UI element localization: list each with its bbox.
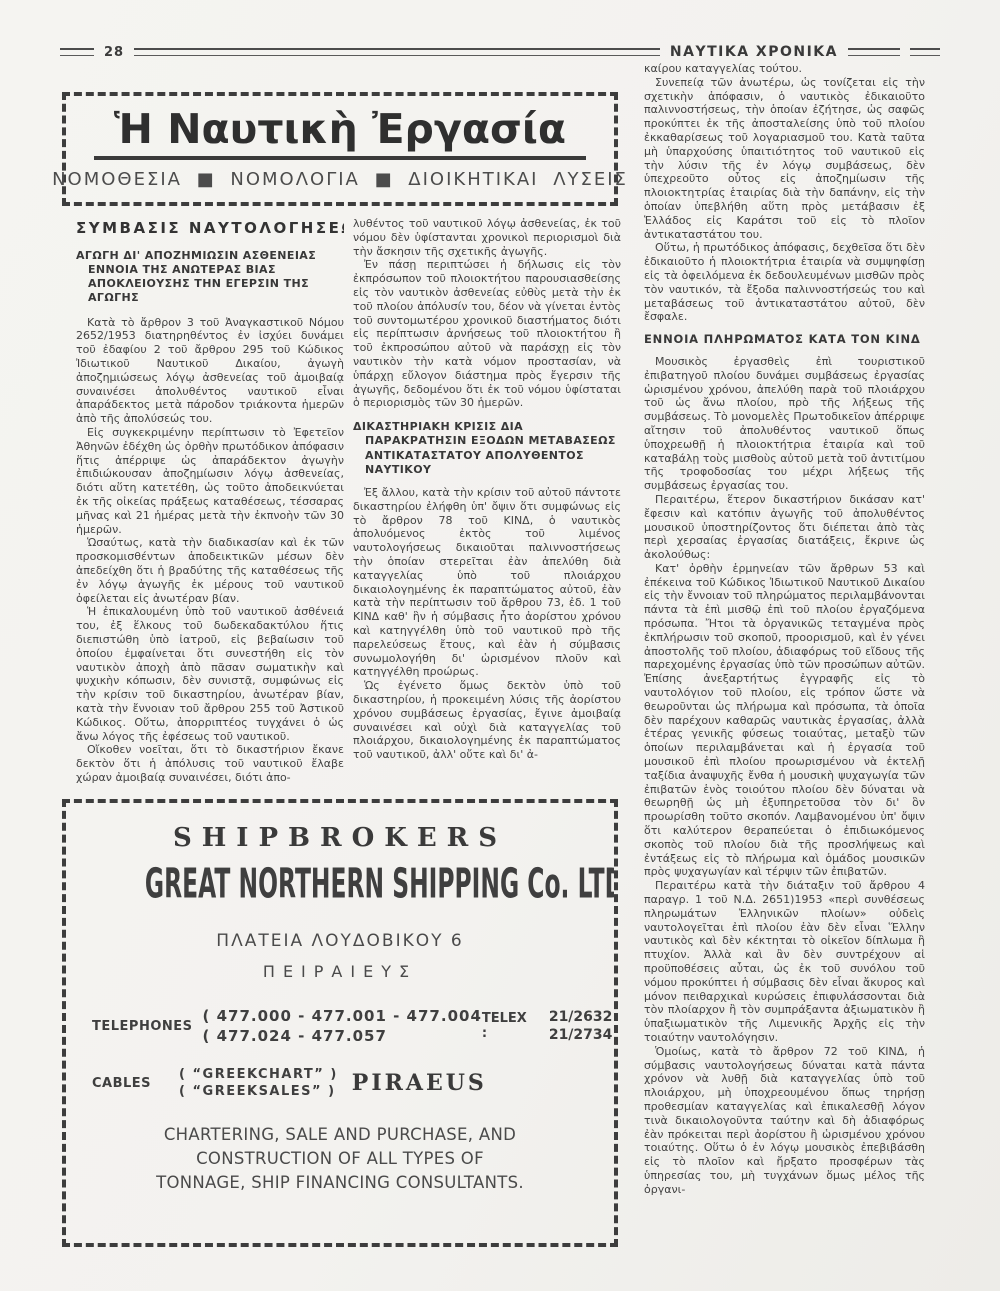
magazine-title: ΝΑΥΤΙΚΑ ΧΡΟΝΙΚΑ (670, 44, 838, 60)
paragraph: Ἐξ ἄλλου, κατὰ τὴν κρίσιν τοῦ αὐτοῦ πάντ… (353, 486, 621, 679)
paragraph: Κατὰ τὸ ἄρθρον 3 τοῦ Ἀναγκαστικοῦ Νόμου … (76, 316, 344, 426)
paragraph: Ἡ ἐπικαλουμένη ὑπὸ τοῦ ναυτικοῦ ἀσθένειά… (76, 605, 344, 743)
shipbrokers-address: ΠΛΑΤΕΙΑ ΛΟΥΔΟΒΙΚΟΥ 6 (66, 931, 614, 951)
shipbrokers-cables-row: CABLES ( “GREEKCHART” ) ( “GREEKSALES” )… (92, 1067, 596, 1099)
header-rule-middle (134, 48, 660, 56)
nautiki-ergasia-tagline: ΝΟΜΟΘΕΣΙΑ ■ ΝΟΜΟΛΟΓΙΑ ■ ΔΙΟΙΚΗΤΙΚΑΙ ΛΥΣΕ… (52, 169, 628, 190)
paragraph: λυθέντος τοῦ ναυτικοῦ λόγῳ ἀσθενείας, ἐκ… (353, 217, 621, 258)
shipbrokers-city-english: PIRAEUS (352, 1070, 487, 1096)
phone-numbers: ( 477.000 - 477.001 - 477.004 ( 477.024 … (203, 1007, 482, 1045)
article-column-1: ΣΥΜΒΑΣΙΣ ΝΑΥΤΟΛΟΓΗΣΕΩΣ ΑΓΩΓΗ ΔΙ' ΑΠΟΖΗΜΙ… (76, 222, 344, 797)
paragraph: Περαιτέρω, ἕτερον δικαστήριον δικάσαν κα… (644, 493, 925, 562)
article-main-heading: ΣΥΜΒΑΣΙΣ ΝΑΥΤΟΛΟΓΗΣΕΩΣ (76, 222, 344, 236)
nautiki-ergasia-title: Ἡ Ναυτικὴ Ἐργασία (94, 108, 586, 160)
article-subheading-2: ΔΙΚΑΣΤΗΡΙΑΚΗ ΚΡΙΣΙΣ ΔΙΑ ΠΑΡΑΚΡΑΤΗΣΙΝ ΕΞΟ… (353, 420, 621, 477)
paragraph: Περαιτέρω κατὰ τὴν διάταξιν τοῦ ἄρθρου 4… (644, 879, 925, 1045)
page-header: 28 ΝΑΥΤΙΚΑ ΧΡΟΝΙΚΑ (60, 44, 940, 60)
shipbrokers-company-name: GREAT NORTHERN SHIPPING Co. LTD., INC. (145, 860, 618, 908)
shipbrokers-ad: SHIPBROKERS GREAT NORTHERN SHIPPING Co. … (62, 799, 618, 1247)
telex-line: 21/2734 (549, 1027, 613, 1043)
paragraph: Εἰς συγκεκριμένην περίπτωσιν τὸ Ἐφετεῖον… (76, 426, 344, 536)
paragraph: Οἴκοθεν νοεῖται, ὅτι τὸ δικαστήριον ἔκαν… (76, 743, 344, 784)
header-rule-right-1 (848, 48, 900, 56)
shipbrokers-company-wrap: GREAT NORTHERN SHIPPING Co. LTD., INC. (66, 867, 614, 915)
shipbrokers-city-greek: ΠΕΙΡΑΙΕΥΣ (66, 962, 614, 981)
nautiki-ergasia-ad: Ἡ Ναυτικὴ Ἐργασία ΝΟΜΟΘΕΣΙΑ ■ ΝΟΜΟΛΟΓΙΑ … (62, 92, 618, 206)
paragraph: Ὁμοίως, κατὰ τὸ ἄρθρον 72 τοῦ ΚΙΝΔ, ἡ σύ… (644, 1045, 925, 1197)
paragraph: καίρου καταγγελίας τούτου. (644, 62, 925, 76)
paragraph: Ὡσαύτως, κατὰ τὴν διαδικασίαν καὶ ἐκ τῶν… (76, 536, 344, 605)
magazine-page: 28 ΝΑΥΤΙΚΑ ΧΡΟΝΙΚΑ Ἡ Ναυτικὴ Ἐργασία ΝΟΜ… (0, 0, 1000, 1291)
cable-line: ( “GREEKCHART” ) (179, 1067, 338, 1082)
telephones-label: TELEPHONES (92, 1019, 193, 1034)
article-subheading-3: ΕΝΝΟΙΑ ΠΛΗΡΩΜΑΤΟΣ ΚΑΤΑ ΤΟΝ ΚΙΝΔ (644, 333, 925, 347)
telex-label: TELEX : (482, 1011, 527, 1041)
cable-line: ( “GREEKSALES” ) (179, 1084, 338, 1099)
paragraph: Οὕτω, ἡ πρωτόδικος ἀπόφασις, δεχθεῖσα ὅτ… (644, 241, 925, 324)
article-column-2: λυθέντος τοῦ ναυτικοῦ λόγῳ ἀσθενείας, ἐκ… (353, 217, 621, 797)
header-rule-right-2 (910, 48, 940, 56)
telex-line: 21/2632 (549, 1009, 613, 1025)
paragraph: Συνεπείᾳ τῶν ἀνωτέρω, ὡς τονίζεται εἰς τ… (644, 76, 925, 242)
phone-line: ( 477.024 - 477.057 (203, 1027, 482, 1045)
cable-addresses: ( “GREEKCHART” ) ( “GREEKSALES” ) (179, 1067, 338, 1099)
paragraph: Κατ' ὀρθὴν ἑρμηνείαν τῶν ἄρθρων 53 καὶ ἐ… (644, 562, 925, 879)
article-column-3: καίρου καταγγελίας τούτου. Συνεπείᾳ τῶν … (644, 62, 925, 1258)
paragraph: Μουσικὸς ἐργασθεὶς ἐπὶ τουριστικοῦ ἐπιβα… (644, 355, 925, 493)
paragraph: Ἐν πάσῃ περιπτώσει ἡ δήλωσις εἰς τὸν ἐκπ… (353, 258, 621, 410)
header-rule-left (60, 48, 94, 56)
cables-label: CABLES (92, 1076, 151, 1091)
shipbrokers-services: CHARTERING, SALE AND PURCHASE, AND CONST… (155, 1123, 525, 1195)
article-subheading-1: ΑΓΩΓΗ ΔΙ' ΑΠΟΖΗΜΙΩΣΙΝ ΑΣΘΕΝΕΙΑΣ ΕΝΝΟΙΑ Τ… (76, 249, 344, 306)
telex-numbers: 21/2632 21/2734 (549, 1009, 613, 1043)
phone-line: ( 477.000 - 477.001 - 477.004 (203, 1007, 482, 1025)
shipbrokers-heading: SHIPBROKERS (66, 823, 614, 853)
shipbrokers-phones-row: TELEPHONES ( 477.000 - 477.001 - 477.004… (92, 1007, 596, 1045)
page-number: 28 (104, 45, 124, 60)
paragraph: Ὡς ἐγένετο ὅμως δεκτὸν ὑπὸ τοῦ δικαστηρί… (353, 679, 621, 762)
